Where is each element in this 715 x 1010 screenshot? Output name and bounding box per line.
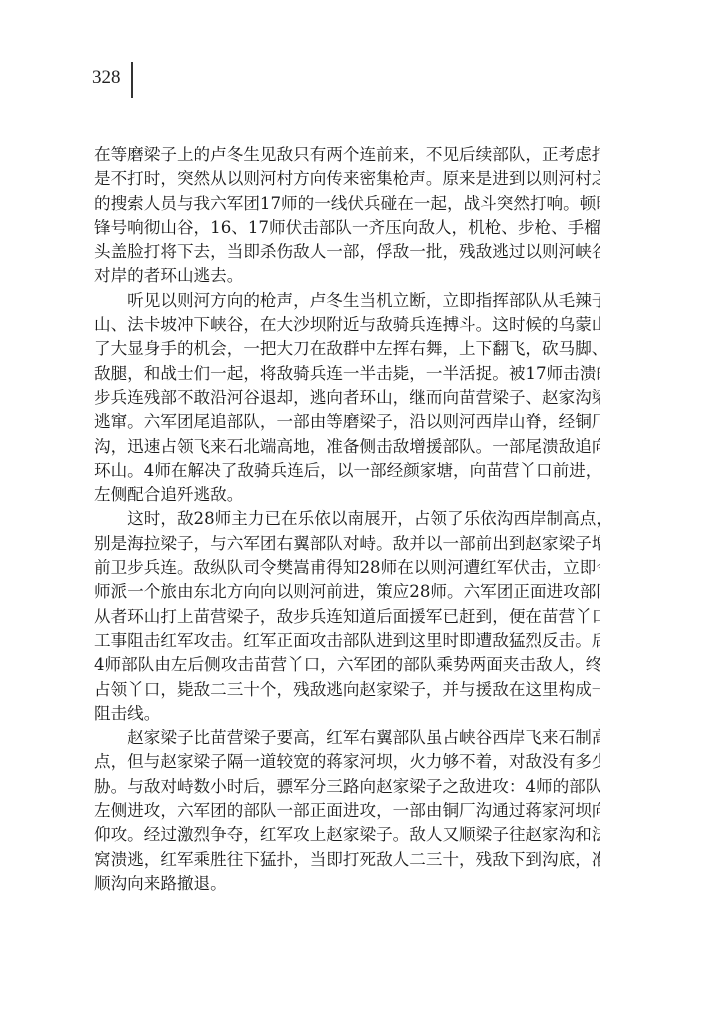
text-line: 山、法卡坡冲下峡谷，在大沙坝附近与敌骑兵连搏斗。这时候的乌蒙山有 (94, 313, 600, 337)
text-line: 这时，敌28师主力已在乐依以南展开，占领了乐依沟西岸制高点，特 (94, 507, 600, 531)
page-number: 328 (92, 66, 121, 90)
text-line: 沟，迅速占领飞来石北端高地，准备侧击敌增援部队。一部尾溃敌追向者 (94, 435, 600, 459)
text-line: 赵家梁子比苗营梁子要高，红军右翼部队虽占峡谷西岸飞来石制高 (94, 726, 600, 750)
text-line: 步兵连残部不敢沿河谷退却，逃向者环山，继而向苗营梁子、赵家沟梁子 (94, 386, 600, 410)
text-line: 4师部队由左后侧攻击苗营丫口，六军团的部队乘势两面夹击敌人，终于 (94, 653, 600, 677)
text-line: 是不打时，突然从以则河村方向传来密集枪声。原来是进到以则河村之敌 (94, 167, 600, 191)
text-line: 仰攻。经过激烈争夺，红军攻上赵家梁子。敌人又顺梁子往赵家沟和法拉 (94, 823, 600, 847)
text-line: 窝溃逃，红军乘胜往下猛扑，当即打死敌人二三十，残敌下到沟底，准备 (94, 848, 600, 872)
text-line: 胁。与敌对峙数小时后，骠军分三路向赵家梁子之敌进攻：4师的部队从 (94, 775, 600, 799)
text-line: 敌腿，和战士们一起，将敌骑兵连一半击毙，一半活捉。被17师击溃的敌 (94, 362, 600, 386)
text-line: 锋号响彻山谷，16、17师伏击部队一齐压向敌人，机枪、步枪、手榴弹劈 (94, 216, 600, 240)
text-line: 了大显身手的机会，一把大刀在敌群中左挥右舞，上下翻飞，砍马脚、剁 (94, 337, 600, 361)
text-line: 前卫步兵连。敌纵队司令樊嵩甫得知28师在以则河遭红军伏击，立即令79 (94, 556, 600, 580)
text-line: 别是海拉梁子，与六军团右翼部队对峙。敌并以一部前出到赵家梁子增援 (94, 532, 600, 556)
text-line: 点，但与赵家梁子隔一道较宽的蒋家河坝，火力够不着，对敌没有多少威 (94, 750, 600, 774)
text-line: 左侧进攻，六军团的部队一部正面进攻，一部由铜厂沟通过蒋家河坝向敌 (94, 799, 600, 823)
text-line: 逃窜。六军团尾追部队，一部由等磨梁子，沿以则河西岸山脊，经铜厂 (94, 410, 600, 434)
body-text: 在等磨梁子上的卢冬生见敌只有两个连前来，不见后续部队，正考虑打还 是不打时，突然… (94, 143, 600, 896)
text-line: 对岸的者环山逃去。 (94, 264, 600, 288)
text-line: 在等磨梁子上的卢冬生见敌只有两个连前来，不见后续部队，正考虑打还 (94, 143, 600, 167)
text-line: 顺沟向来路撤退。 (94, 872, 600, 896)
text-line: 环山。4师在解决了敌骑兵连后，以一部经颜家塘，向苗营丫口前进，从 (94, 459, 600, 483)
text-line: 占领丫口，毙敌二三十个，残敌逃向赵家梁子，并与援敌在这里构成一道 (94, 678, 600, 702)
text-line: 左侧配合追歼逃敌。 (94, 483, 600, 507)
text-line: 阻击线。 (94, 702, 600, 726)
text-line: 听见以则河方向的枪声，卢冬生当机立断，立即指挥部队从毛辣子 (94, 289, 600, 313)
text-line: 从者环山打上苗营梁子，敌步兵连知道后面援军已赶到，便在苗营丫口挖 (94, 605, 600, 629)
text-line: 头盖脸打将下去，当即杀伤敌人一部，俘敌一批，残敌逃过以则河峡谷向 (94, 240, 600, 264)
page-header: 328 (92, 62, 133, 102)
text-line: 的搜索人员与我六军团17师的一线伏兵碰在一起，战斗突然打响。顿时冲 (94, 192, 600, 216)
header-rule (131, 62, 133, 98)
text-line: 师派一个旅由东北方向向以则河前进，策应28师。六军团正面进攻部队， (94, 580, 600, 604)
text-line: 工事阻击红军攻击。红军正面攻击部队进到这里时即遭敌猛烈反击。后来 (94, 629, 600, 653)
